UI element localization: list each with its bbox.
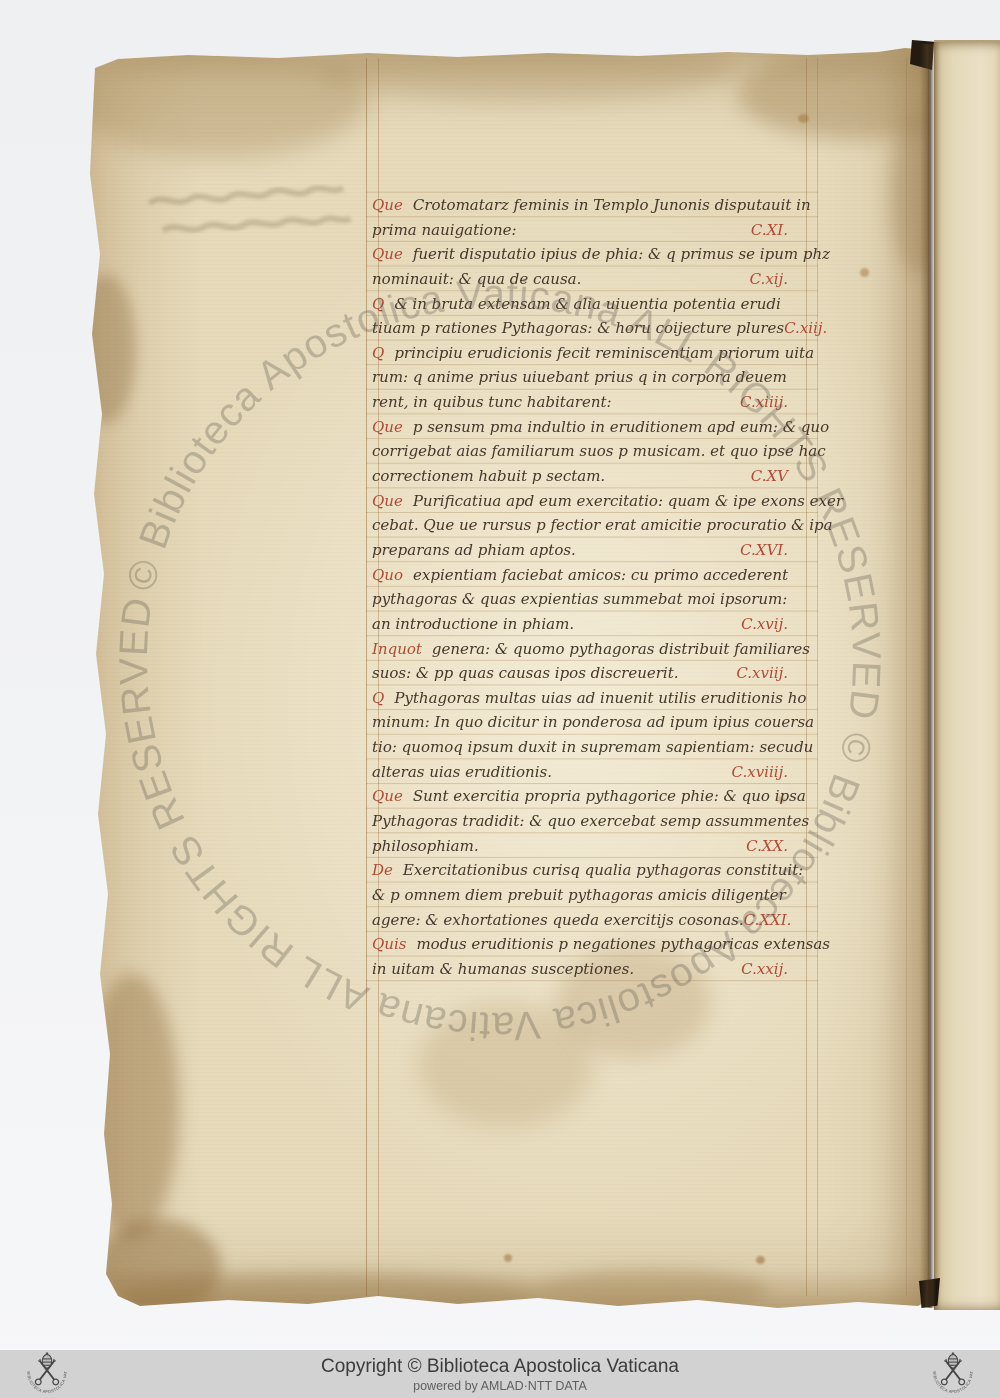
manuscript-line: tiuam p rationes Pythagoras: & horu coij… bbox=[372, 316, 796, 341]
line-text: preparans ad phiam aptos. bbox=[372, 538, 576, 563]
footer-powered-by: powered by AMLAD·NTT DATA bbox=[413, 1379, 587, 1394]
manuscript-line: QuePurificatiua apd eum exercitatio: qua… bbox=[372, 489, 796, 514]
line-text: Pythagoras multas uias ad inuenit utilis… bbox=[394, 686, 806, 711]
line-text: pythagoras & quas expientias summebat mo… bbox=[372, 587, 787, 612]
line-text: cebat. Que ue rursus p fectior erat amic… bbox=[372, 513, 833, 538]
line-text: suos: & pp quas causas ipos discreuerit. bbox=[372, 661, 679, 686]
line-text: tiuam p rationes Pythagoras: & horu coij… bbox=[372, 316, 784, 341]
rubric-lead-word: Q bbox=[372, 292, 384, 317]
chapter-number: C.xiiij. bbox=[740, 390, 788, 415]
manuscript-line: QPythagoras multas uias ad inuenit utili… bbox=[372, 686, 796, 711]
manuscript-line: & p omnem diem prebuit pythagoras amicis… bbox=[372, 883, 796, 908]
manuscript-text-block: QueCrotomatarz feminis in Templo Junonis… bbox=[372, 193, 796, 982]
manuscript-line: Inquotgenera: & quomo pythagoras distrib… bbox=[372, 637, 796, 662]
manuscript-line: DeExercitationibus curisq qualia pythago… bbox=[372, 858, 796, 883]
line-text: an introductione in phiam. bbox=[372, 612, 574, 637]
chapter-number: C.xvij. bbox=[741, 612, 788, 637]
manuscript-line: QueSunt exercitia propria pythagorice ph… bbox=[372, 784, 796, 809]
manuscript-line: in uitam & humanas susceptiones.C.xxij. bbox=[372, 957, 796, 982]
rubric-lead-word: Que bbox=[372, 784, 403, 809]
rubric-lead-word: Que bbox=[372, 415, 403, 440]
chapter-number: C.xiij. bbox=[784, 316, 827, 341]
manuscript-line: minum: In quo dicitur in ponderosa ad ip… bbox=[372, 710, 796, 735]
manuscript-line: suos: & pp quas causas ipos discreuerit.… bbox=[372, 661, 796, 686]
stain bbox=[84, 974, 179, 1239]
manuscript-line: Q& in bruta extensam & alia uiuentia pot… bbox=[372, 292, 796, 317]
stain bbox=[116, 1272, 546, 1322]
rubric-lead-word: Quo bbox=[372, 563, 403, 588]
foxing-spot bbox=[798, 114, 809, 123]
facing-page-edge bbox=[934, 40, 1000, 1310]
fold-crease-line bbox=[906, 58, 907, 1296]
stain bbox=[318, 42, 738, 100]
stain bbox=[96, 1219, 221, 1314]
line-text: corrigebat aias familiarum suos p musica… bbox=[372, 439, 826, 464]
chapter-number: C.xij. bbox=[750, 267, 788, 292]
manuscript-line: cebat. Que ue rursus p fectior erat amic… bbox=[372, 513, 796, 538]
line-text: p sensum pma indultio in eruditionem apd… bbox=[413, 415, 829, 440]
line-text: Purificatiua apd eum exercitatio: quam &… bbox=[413, 489, 843, 514]
manuscript-line: nominauit: & qua de causa.C.xij. bbox=[372, 267, 796, 292]
line-text: modus eruditionis p negationes pythagori… bbox=[416, 932, 830, 957]
line-text: agere: & exhortationes queda exercitijs … bbox=[372, 908, 744, 933]
chapter-number: C.xviij. bbox=[736, 661, 788, 686]
rubric-lead-word: Que bbox=[372, 489, 403, 514]
foxing-spot bbox=[756, 1256, 765, 1264]
rubric-lead-word: Que bbox=[372, 242, 403, 267]
manuscript-line: an introductione in phiam.C.xvij. bbox=[372, 612, 796, 637]
line-text: principiu erudicionis fecit reminiscenti… bbox=[394, 341, 814, 366]
chapter-number: C.xxij. bbox=[741, 957, 788, 982]
papal-tiara-icon bbox=[42, 1352, 52, 1368]
foxing-spot bbox=[860, 268, 869, 277]
chapter-number: C.xviiij. bbox=[732, 760, 788, 785]
manuscript-line: preparans ad phiam aptos.C.XVI. bbox=[372, 538, 796, 563]
left-margin-line bbox=[366, 58, 367, 1296]
manuscript-line: Quep sensum pma indultio in eruditionem … bbox=[372, 415, 796, 440]
manuscript-line: pythagoras & quas expientias summebat mo… bbox=[372, 587, 796, 612]
line-text: alteras uias eruditionis. bbox=[372, 760, 552, 785]
manuscript-line: agere: & exhortationes queda exercitijs … bbox=[372, 908, 796, 933]
chapter-number: C.XV bbox=[751, 464, 788, 489]
chapter-number: C.XX. bbox=[746, 834, 788, 859]
line-text: expientiam faciebat amicos: cu primo acc… bbox=[413, 563, 788, 588]
line-text: Pythagoras tradidit: & quo exercebat sem… bbox=[372, 809, 809, 834]
stain bbox=[68, 38, 368, 158]
line-text: Crotomatarz feminis in Templo Junonis di… bbox=[413, 193, 811, 218]
line-text: rum: q anime prius uiuebant prius q in c… bbox=[372, 365, 787, 390]
manuscript-line: philosophiam.C.XX. bbox=[372, 834, 796, 859]
rubric-lead-word: Quis bbox=[372, 932, 406, 957]
line-text: & in bruta extensam & alia uiuentia pote… bbox=[394, 292, 780, 317]
chapter-number: C.XI. bbox=[751, 218, 788, 243]
rubric-lead-word: Q bbox=[372, 341, 384, 366]
line-text: rent, in quibus tunc habitarent: bbox=[372, 390, 612, 415]
foxing-spot bbox=[504, 1254, 512, 1262]
manuscript-line: QueCrotomatarz feminis in Templo Junonis… bbox=[372, 193, 796, 218]
manuscript-line: tio: quomoq ipsum duxit in supremam sapi… bbox=[372, 735, 796, 760]
line-text: tio: quomoq ipsum duxit in supremam sapi… bbox=[372, 735, 813, 760]
rubric-lead-word: Que bbox=[372, 193, 403, 218]
rubric-lead-word: Inquot bbox=[372, 637, 422, 662]
digitized-manuscript-view: QueCrotomatarz feminis in Templo Junonis… bbox=[0, 0, 1000, 1398]
manuscript-line: Quoexpientiam faciebat amicos: cu primo … bbox=[372, 563, 796, 588]
manuscript-line: Quefuerit disputatio ipius de phia: & q … bbox=[372, 242, 796, 267]
chapter-number: C.XVI. bbox=[740, 538, 788, 563]
vatican-library-emblem-right: BIBLIOTECA APOSTOLICA VATICANA bbox=[926, 1351, 980, 1397]
line-text: nominauit: & qua de causa. bbox=[372, 267, 581, 292]
line-text: in uitam & humanas susceptiones. bbox=[372, 957, 634, 982]
manuscript-line: rum: q anime prius uiuebant prius q in c… bbox=[372, 365, 796, 390]
manuscript-line: Pythagoras tradidit: & quo exercebat sem… bbox=[372, 809, 796, 834]
line-text: & p omnem diem prebuit pythagoras amicis… bbox=[372, 883, 786, 908]
vatican-library-emblem-left: BIBLIOTECA APOSTOLICA VATICANA bbox=[20, 1351, 74, 1397]
manuscript-line: correctionem habuit p sectam.C.XV bbox=[372, 464, 796, 489]
line-text: genera: & quomo pythagoras distribuit fa… bbox=[432, 637, 810, 662]
line-text: prima nauigatione: bbox=[372, 218, 517, 243]
line-text: minum: In quo dicitur in ponderosa ad ip… bbox=[372, 710, 814, 735]
line-text: philosophiam. bbox=[372, 834, 479, 859]
manuscript-line: alteras uias eruditionis.C.xviiij. bbox=[372, 760, 796, 785]
footer-bar: BIBLIOTECA APOSTOLICA VATICANA Copyright bbox=[0, 1350, 1000, 1398]
binding-gutter bbox=[920, 44, 936, 1308]
stain bbox=[538, 1268, 768, 1314]
papal-tiara-icon bbox=[948, 1352, 958, 1368]
manuscript-line: prima nauigatione:C.XI. bbox=[372, 218, 796, 243]
manuscript-line: corrigebat aias familiarum suos p musica… bbox=[372, 439, 796, 464]
line-text: Exercitationibus curisq qualia pythagora… bbox=[403, 858, 803, 883]
line-text: Sunt exercitia propria pythagorice phie:… bbox=[413, 784, 806, 809]
line-text: fuerit disputatio ipius de phia: & q pri… bbox=[413, 242, 830, 267]
footer-text: Copyright © Biblioteca Apostolica Vatica… bbox=[74, 1355, 926, 1394]
chapter-number: C.XXI. bbox=[744, 908, 792, 933]
line-text: correctionem habuit p sectam. bbox=[372, 464, 605, 489]
stain bbox=[74, 274, 136, 424]
manuscript-line: Qprincipiu erudicionis fecit reminiscent… bbox=[372, 341, 796, 366]
footer-copyright: Copyright © Biblioteca Apostolica Vatica… bbox=[321, 1355, 679, 1379]
rubric-lead-word: De bbox=[372, 858, 393, 883]
manuscript-line: Quismodus eruditionis p negationes pytha… bbox=[372, 932, 796, 957]
manuscript-line: rent, in quibus tunc habitarent:C.xiiij. bbox=[372, 390, 796, 415]
rubric-lead-word: Q bbox=[372, 686, 384, 711]
stain bbox=[418, 1002, 593, 1127]
